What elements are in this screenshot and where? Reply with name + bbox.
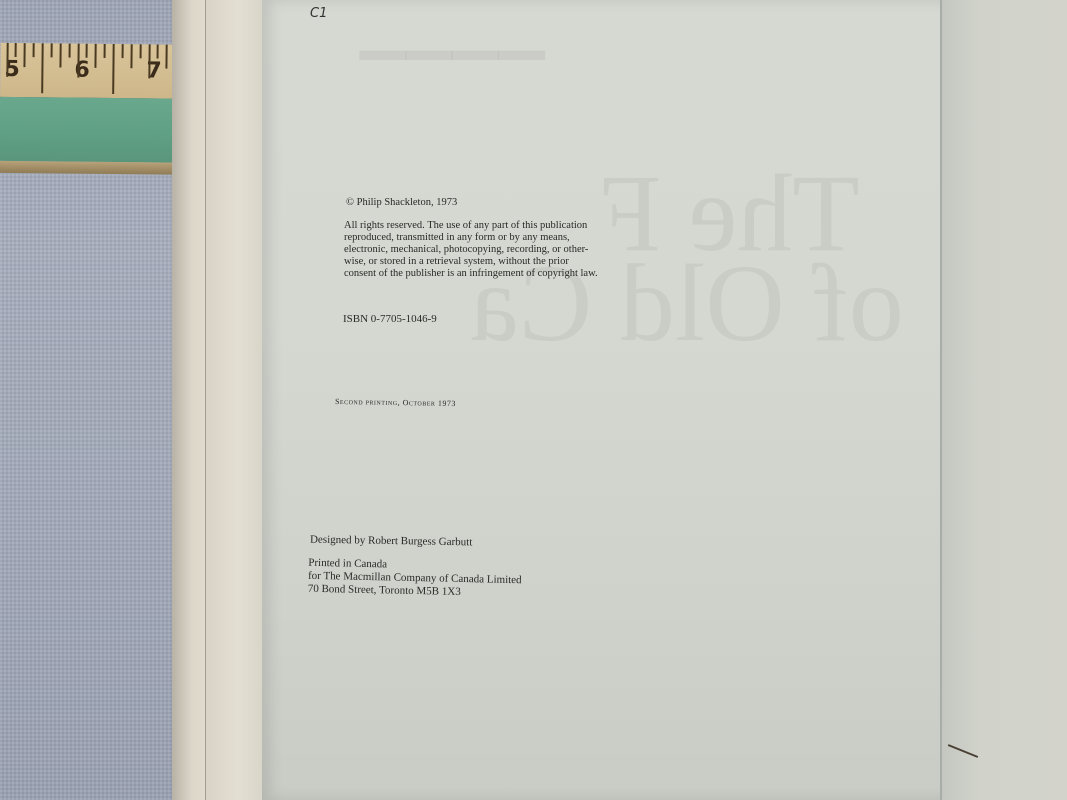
isbn: ISBN 0-7705-1046-9	[343, 313, 437, 325]
ruler-tick	[59, 43, 61, 67]
ruler-tick	[77, 44, 79, 78]
rights-line: All rights reserved. The use of any part…	[344, 220, 606, 232]
ruler-tick	[112, 44, 115, 94]
rights-line: consent of the publisher is an infringem…	[344, 268, 606, 280]
copyright-line: © Philip Shackleton, 1973	[346, 197, 457, 209]
ruler-tick	[95, 44, 97, 68]
ruler-tick	[86, 44, 88, 58]
ruler-tick	[41, 43, 44, 93]
show-through-text: ▁▁▁▁	[360, 0, 545, 60]
ruler-tick	[148, 44, 150, 78]
ruler-tick	[104, 44, 106, 58]
ruler-tick	[6, 43, 8, 77]
rights-line: wise, or stored in a retrieval system, w…	[344, 256, 606, 268]
ruler-tick	[33, 43, 35, 57]
handwritten-mark: C1	[310, 6, 327, 21]
ruler-tick	[68, 44, 70, 58]
ruler-tick	[121, 44, 123, 58]
ruler-tick	[24, 43, 26, 67]
printing-note: Second printing, October 1973	[335, 396, 456, 410]
rights-statement: All rights reserved. The use of any part…	[344, 220, 606, 280]
printer-info: Printed in Canada for The Macmillan Comp…	[308, 557, 522, 600]
rights-line: electronic, mechanical, photocopying, re…	[344, 244, 606, 256]
ruler-tick	[50, 43, 52, 57]
facing-page	[940, 0, 1067, 800]
ruler-tick	[157, 44, 159, 58]
rights-line: reproduced, transmitted in any form or b…	[344, 232, 606, 244]
ruler-tick	[166, 45, 168, 69]
ruler-tick	[15, 43, 17, 57]
ruler-tick	[130, 44, 132, 68]
ruler-tick	[139, 44, 141, 58]
